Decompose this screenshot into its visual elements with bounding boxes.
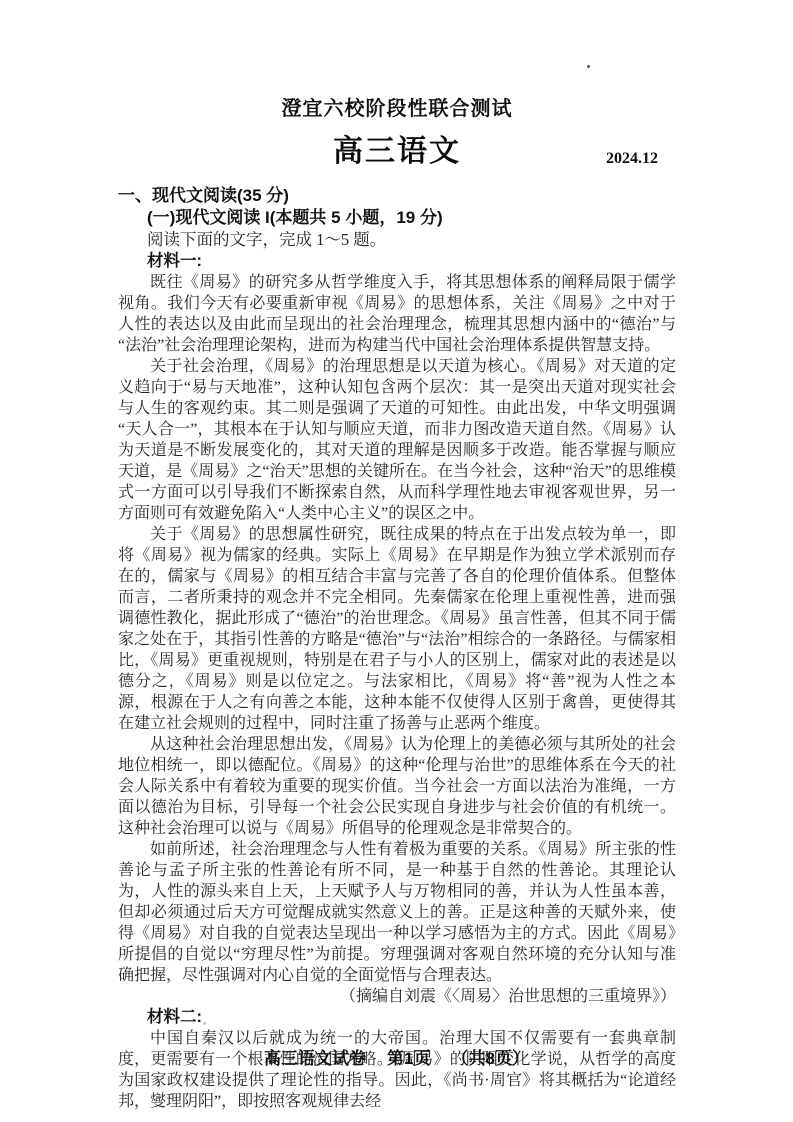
- material-one-paragraph: 既往《周易》的研究多从哲学维度入手，将其思想体系的阐释局限于儒学视角。我们今天有…: [118, 272, 676, 356]
- reading-instruction: 阅读下面的文字，完成 1～5 题。: [118, 229, 676, 251]
- material-two-label: 材料二:: [118, 1007, 676, 1028]
- material-one-attribution: （摘编自刘震《〈周易〉治世思想的三重境界》）: [118, 986, 676, 1007]
- footer-total-pages: （共8页）: [452, 1049, 529, 1068]
- material-one: 材料一: 既往《周易》的研究多从哲学维度入手，将其思想体系的阐释局限于儒学视角。…: [118, 251, 676, 1007]
- material-one-paragraph: 如前所述，社会治理理念与人性有着极为重要的关系。《周易》所主张的性善论与孟子所主…: [118, 839, 676, 986]
- material-two-paragraph: 中国自秦汉以后就成为统一的大帝国。治理大国不仅需要有一套典章制度，更需要有一个根…: [118, 1028, 676, 1112]
- section-one: 一、现代文阅读(35 分) (一)现代文阅读 I(本题共 5 小题，19 分) …: [118, 185, 676, 251]
- page-footer: 高三语文试卷第1页（共8页）: [0, 1044, 793, 1069]
- exam-date: 2024.12: [606, 150, 658, 168]
- page-content: 澄宜六校阶段性联合测试 高三语文 2024.12 一、现代文阅读(35 分) (…: [118, 0, 676, 1112]
- section-subheading: (一)现代文阅读 I(本题共 5 小题，19 分): [118, 207, 676, 229]
- exam-paper-page: 澄宜六校阶段性联合测试 高三语文 2024.12 一、现代文阅读(35 分) (…: [0, 0, 793, 1122]
- subject-title-row: 高三语文 2024.12: [118, 132, 676, 172]
- material-one-label: 材料一:: [118, 251, 676, 272]
- test-title: 澄宜六校阶段性联合测试: [118, 96, 676, 122]
- material-one-paragraph: 从这种社会治理思想出发，《周易》认为伦理上的美德必须与其所处的社会地位相统一，即…: [118, 734, 676, 839]
- footer-page-number: 第1页: [387, 1044, 430, 1069]
- material-one-paragraph: 关于社会治理，《周易》的治理思想是以天道为核心。《周易》对天道的定义趋向于“易与…: [118, 356, 676, 524]
- section-heading: 一、现代文阅读(35 分): [118, 185, 676, 207]
- footer-doc-label: 高三语文试卷: [264, 1049, 366, 1068]
- material-one-paragraph: 关于《周易》的思想属性研究，既往成果的特点在于出发点较为单一，即将《周易》视为儒…: [118, 524, 676, 734]
- subject-title: 高三语文: [118, 132, 676, 172]
